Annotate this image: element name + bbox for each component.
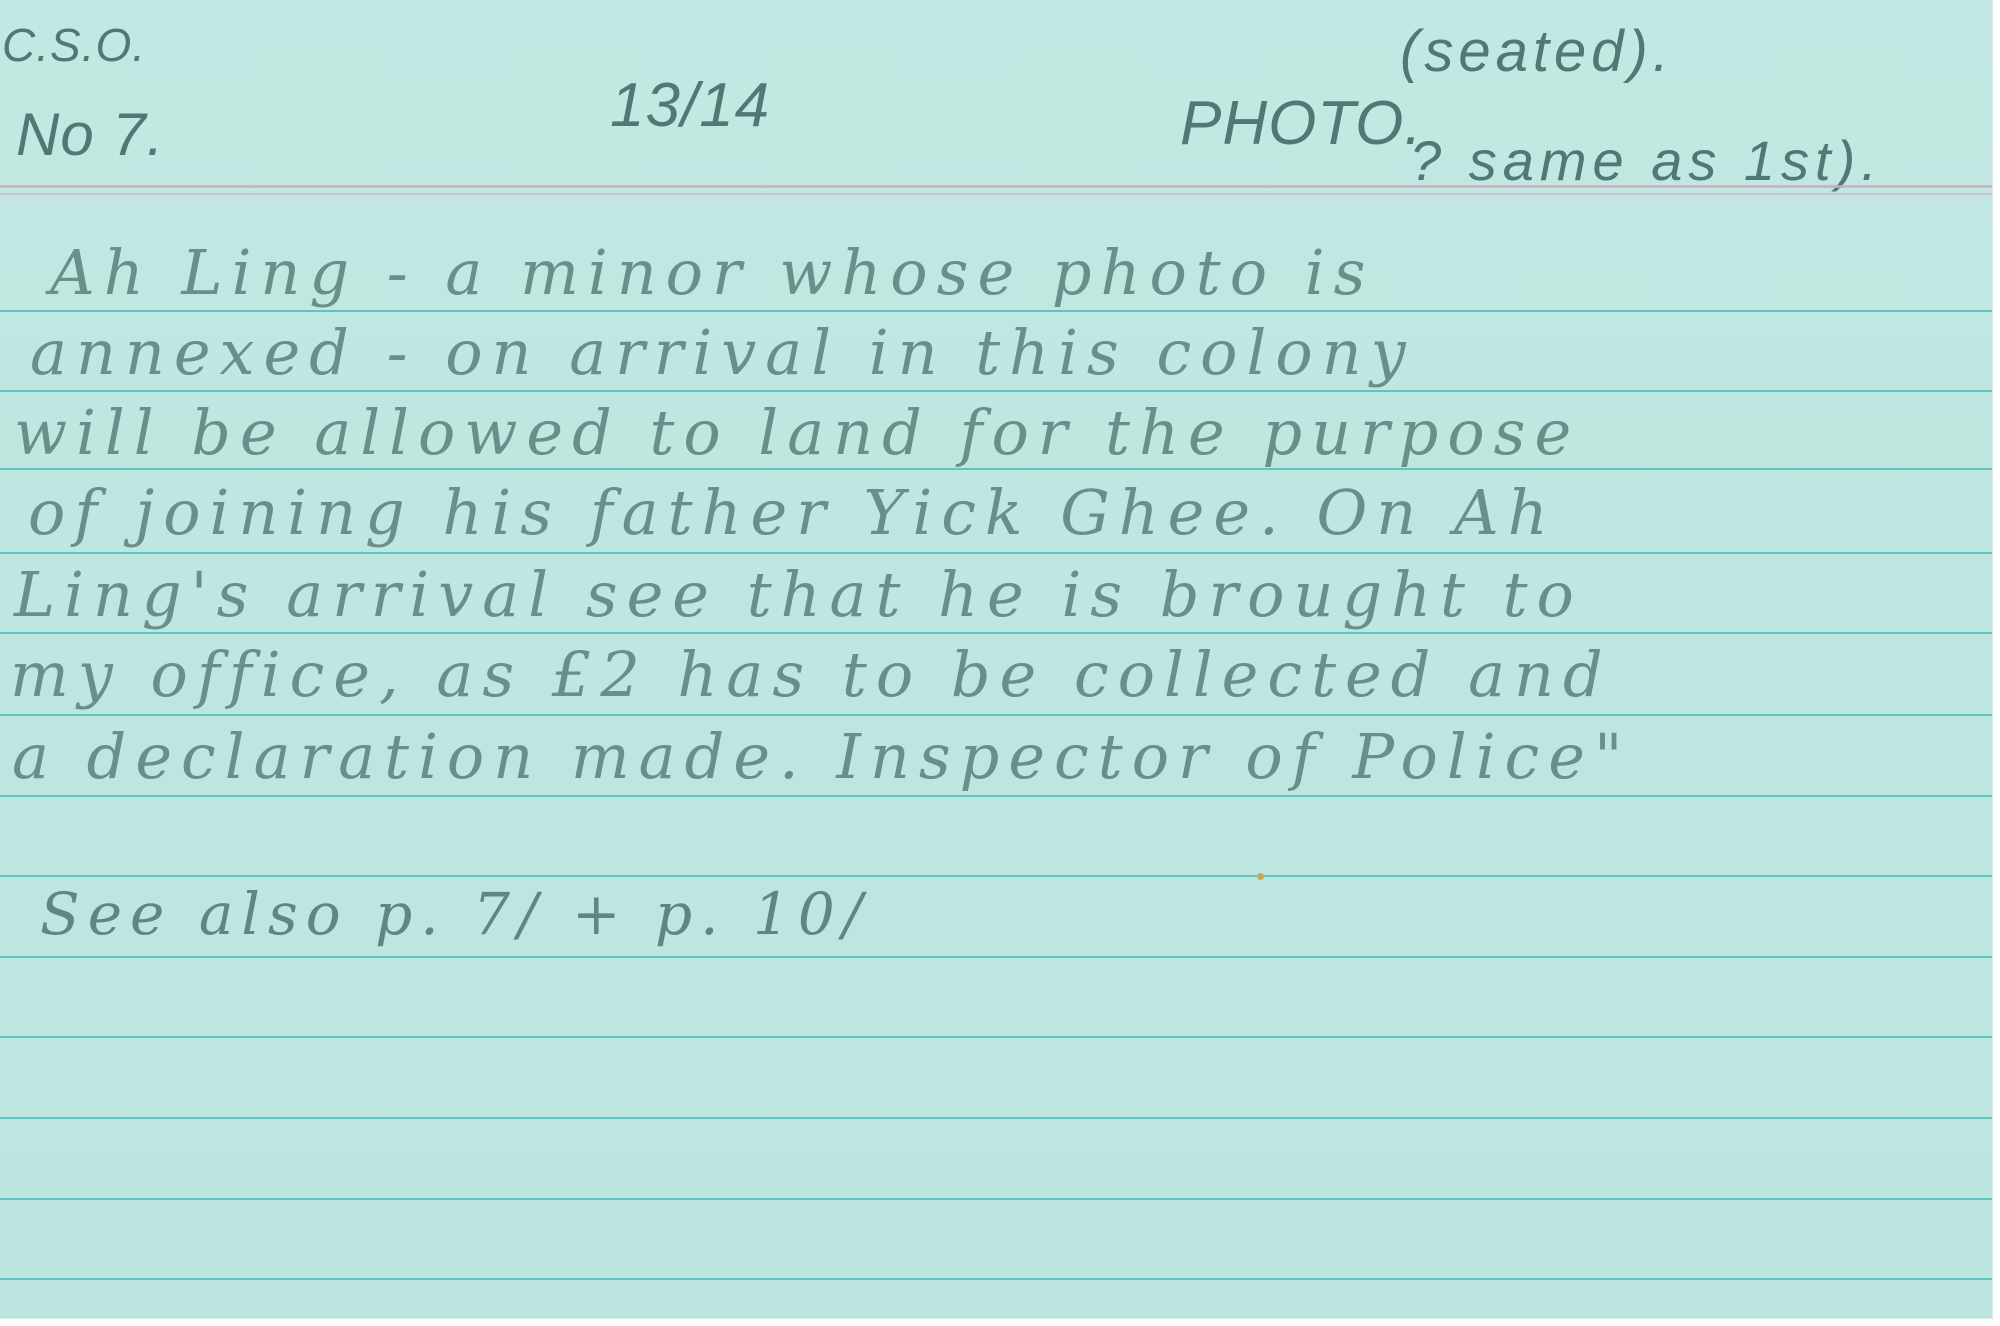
ruled-line: [0, 1198, 1992, 1200]
photo-note-seated: (seated).: [1400, 18, 1674, 85]
body-line-3: will be allowed to land for the purpose: [14, 396, 1580, 469]
paper-speck: [1257, 873, 1264, 880]
ruled-line: [0, 390, 1992, 392]
index-card: C.S.O. No 7. 13/14 PHOTO. (seated). ? sa…: [0, 0, 1993, 1319]
body-line-1: Ah Ling - a minor whose photo is: [50, 236, 1374, 309]
ruled-line: [0, 875, 1992, 877]
ruled-line: [0, 956, 1992, 958]
office-code: C.S.O.: [2, 18, 146, 72]
photo-note-same-as-first: ? same as 1st).: [1410, 128, 1883, 193]
ruled-line: [0, 310, 1992, 312]
body-line-5: Ling's arrival see that he is brought to: [14, 558, 1583, 631]
header-rule-top: [0, 185, 1992, 188]
ruled-line: [0, 632, 1992, 634]
header-rule-bottom: [0, 193, 1992, 195]
body-line-7: a declaration made. Inspector of Police": [12, 720, 1631, 793]
page-reference: 13/14: [610, 70, 770, 141]
photo-label: PHOTO.: [1180, 88, 1423, 159]
see-also-note: See also p. 7/ + p. 10/: [40, 880, 870, 948]
ruled-line: [0, 1117, 1992, 1119]
body-line-4: of joining his father Yick Ghee. On Ah: [28, 476, 1557, 549]
ruled-line: [0, 552, 1992, 554]
ruled-line: [0, 1036, 1992, 1038]
body-line-2: annexed - on arrival in this colony: [30, 316, 1415, 389]
ruled-line: [0, 1278, 1992, 1280]
ruled-line: [0, 714, 1992, 716]
body-line-6: my office, as £2 has to be collected and: [10, 638, 1612, 711]
ruled-line: [0, 795, 1992, 797]
card-number: No 7.: [16, 100, 164, 169]
